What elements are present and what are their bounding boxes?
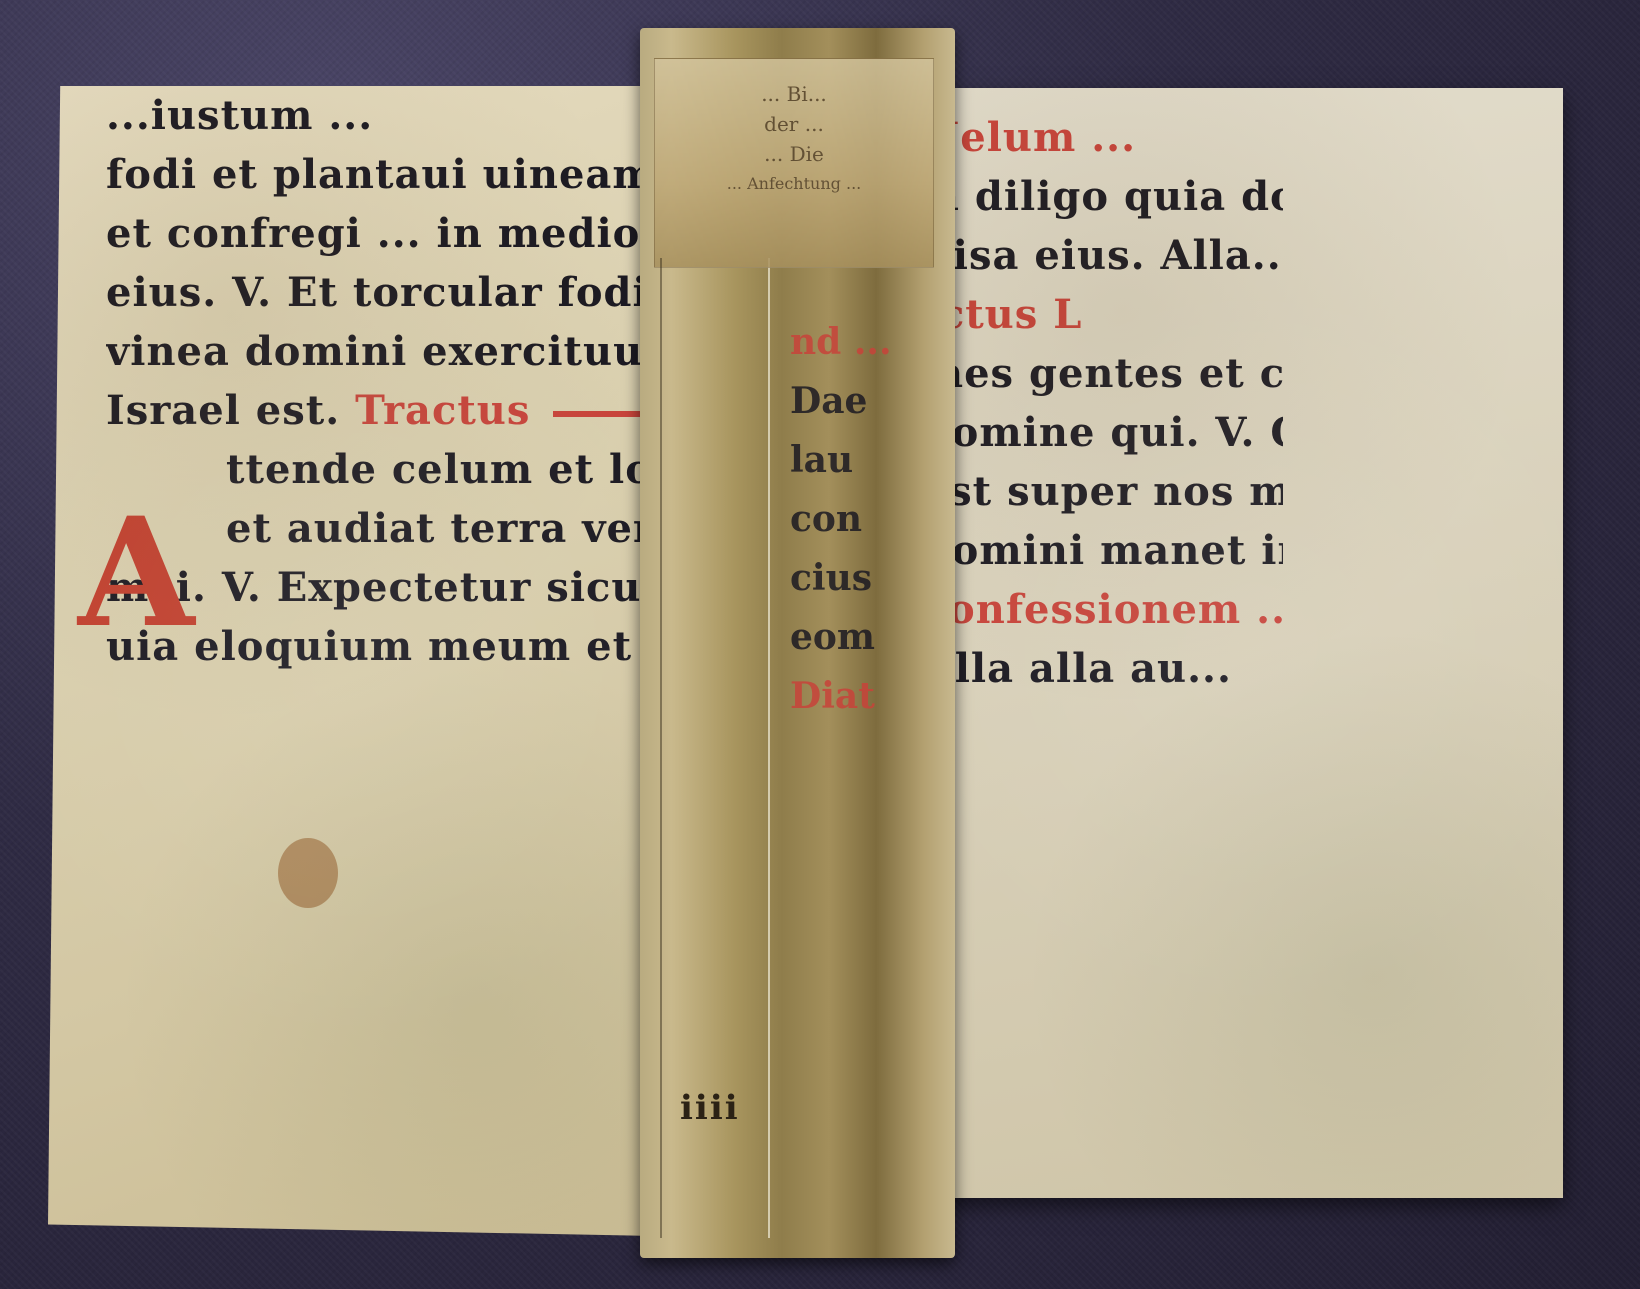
spine-paper-label: ... Bi... der ... ... Die ... Anfechtung…	[654, 58, 934, 268]
label-line: ... Bi...	[655, 79, 933, 109]
rubric-tractus: Tractus	[355, 387, 530, 434]
text-line: fodi et plantaui uineam ele...	[106, 145, 666, 204]
book-spine: ... Bi... der ... ... Die ... Anfechtung…	[640, 28, 955, 1258]
text-line: Israel est. Tractus	[106, 381, 666, 440]
spine-volume-mark: iiii	[680, 1088, 740, 1128]
label-line: ... Die	[655, 139, 933, 169]
text-line: con	[790, 490, 950, 549]
text-line: Diat	[790, 667, 950, 726]
red-initial-letter: A	[78, 498, 194, 648]
front-cover: ...iustum ... fodi et plantaui uineam el…	[48, 86, 658, 1236]
text-line: eius. V. Et torcular fodi in ea	[106, 263, 666, 322]
vellum-bound-book: ... Nelum ... sum diligo quia dominum vo…	[48, 28, 1588, 1258]
text-line: lau	[790, 431, 950, 490]
text-line: eom	[790, 608, 950, 667]
brown-stain	[278, 838, 338, 908]
text-fragment: Israel est.	[106, 387, 340, 434]
text-line: ...iustum ...	[106, 86, 666, 145]
text-line: nd ...	[790, 313, 950, 372]
label-line: ... Anfechtung ...	[655, 169, 933, 199]
text-line: Dae	[790, 372, 950, 431]
text-line: cius	[790, 549, 950, 608]
back-cover: ... Nelum ... sum diligo quia dominum vo…	[933, 88, 1563, 1198]
label-line: der ...	[655, 109, 933, 139]
spine-overlap-text: nd ... Dae lau con cius eom Diat	[790, 313, 950, 726]
text-line: vinea domini exercituum sabaoth domus	[106, 322, 666, 381]
text-line: et confregi ... in medio	[106, 204, 666, 263]
